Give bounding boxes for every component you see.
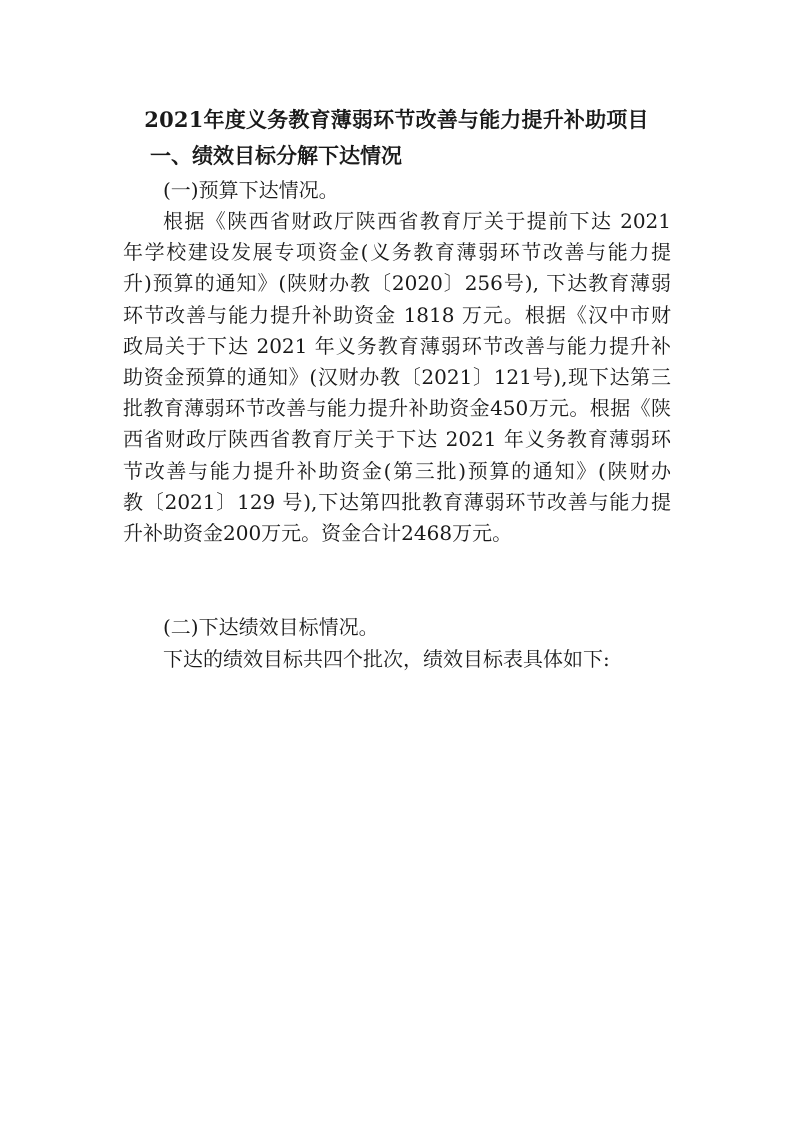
paragraph-line: 批教育薄弱环节改善与能力提升补助资金450万元。根据《陕 (123, 393, 671, 424)
paragraph-line: 教〔2021〕129 号),下达第四批教育薄弱环节改善与能力提 (123, 487, 671, 518)
subsection-heading-targets: (二)下达绩效目标情况。 (163, 611, 379, 643)
paragraph-line: 西省财政厅陕西省教育厅关于下达 2021 年义务教育薄弱环 (123, 424, 671, 455)
section-heading-1: 一、绩效目标分解下达情况 (150, 140, 402, 172)
targets-intro-text: 下达的绩效目标共四个批次，绩效目标表具体如下: (163, 644, 610, 675)
paragraph-line: 年学校建设发展专项资金(义务教育薄弱环节改善与能力提 (123, 237, 671, 268)
budget-paragraph: 根据《陕西省财政厅陕西省教育厅关于提前下达 2021 年学校建设发展专项资金(义… (123, 206, 671, 549)
subsection-heading-budget: (一)预算下达情况。 (163, 174, 339, 206)
paragraph-line: 升补助资金200万元。资金合计2468万元。 (123, 518, 671, 549)
paragraph-line: 政局关于下达 2021 年义务教育薄弱环节改善与能力提升补 (123, 331, 671, 362)
paragraph-line: 节改善与能力提升补助资金(第三批)预算的通知》(陕财办 (123, 456, 671, 487)
paragraph-line: 助资金预算的通知》(汉财办教〔2021〕121号),现下达第三 (123, 362, 671, 393)
paragraph-line: 升)预算的通知》(陕财办教〔2020〕256号), 下达教育薄弱 (123, 268, 671, 299)
document-title: 2021年度义务教育薄弱环节改善与能力提升补助项目 (120, 104, 673, 136)
paragraph-line: 根据《陕西省财政厅陕西省教育厅关于提前下达 2021 (123, 206, 671, 237)
document-page: 2021年度义务教育薄弱环节改善与能力提升补助项目 一、绩效目标分解下达情况 (… (0, 0, 793, 1122)
paragraph-line: 环节改善与能力提升补助资金 1818 万元。根据《汉中市财 (123, 300, 671, 331)
